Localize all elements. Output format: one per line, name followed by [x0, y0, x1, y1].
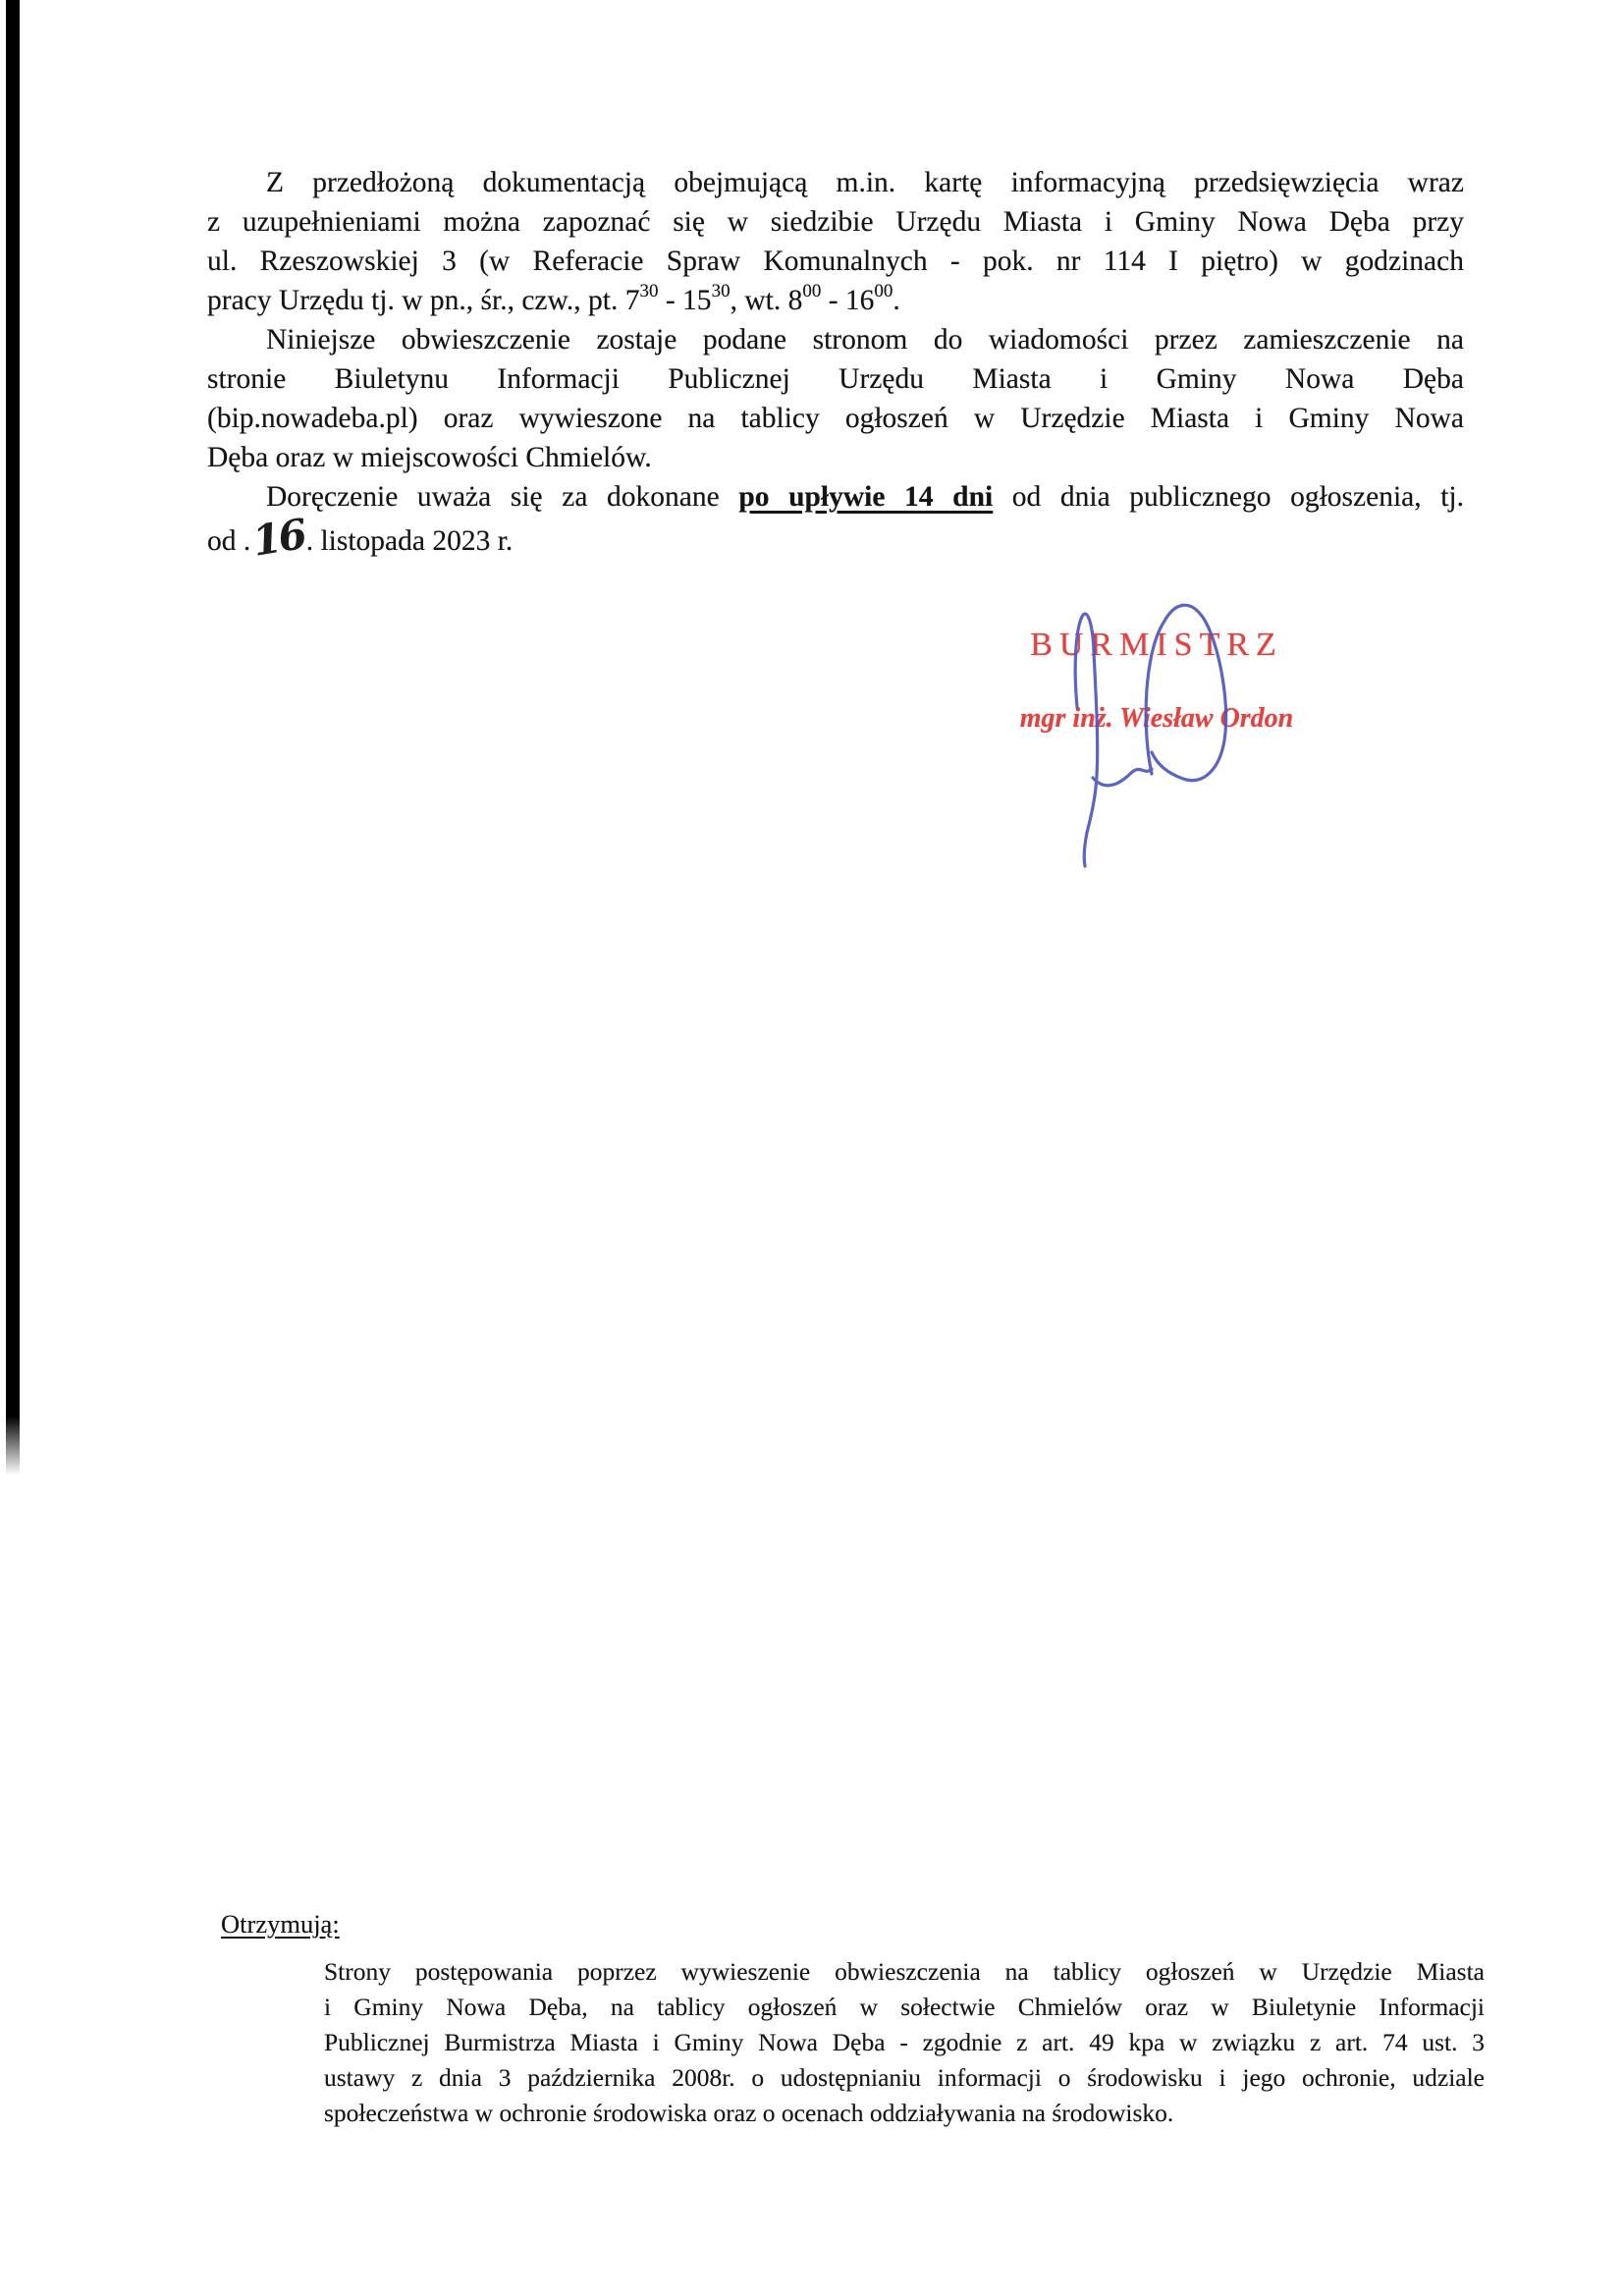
hours-superscript: 30 [639, 281, 658, 301]
scanned-document-page: Z przedłożoną dokumentacją obejmującą m.… [0, 0, 1623, 2296]
footer-line1: Strony postępowania poprzez wywieszenie … [324, 1954, 1485, 1990]
paragraph1-line2: z uzupełnieniami można zapoznać się w si… [207, 202, 1464, 242]
paragraph1-line4-office-hours: pracy Urzędu tj. w pn., śr., czw., pt. 7… [207, 281, 1464, 320]
paragraph1-line3: ul. Rzeszowskiej 3 (w Referacie Spraw Ko… [207, 242, 1464, 281]
delivery-deadline-emphasis: po upływie 14 dni [738, 481, 993, 513]
paragraph2-line1: Niniejsze obwieszczenie zostaje podane s… [207, 320, 1464, 359]
footer-line4: ustawy z dnia 3 października 2008r. o ud… [324, 2060, 1485, 2096]
footer-line3: Publicznej Burmistrza Miasta i Gminy Now… [324, 2025, 1485, 2060]
hours-text: - 16 [821, 285, 874, 316]
hours-superscript: 00 [802, 281, 821, 301]
distribution-list-text: Strony postępowania poprzez wywieszenie … [324, 1954, 1485, 2131]
hours-text: - 15 [658, 285, 711, 316]
date-text: . listopada 2023 r. [306, 525, 514, 557]
handwritten-date-digits: 16 [248, 515, 309, 562]
document-body-text: Z przedłożoną dokumentacją obejmującą m.… [207, 163, 1464, 561]
hours-superscript: 00 [874, 281, 893, 301]
hours-text: pracy Urzędu tj. w pn., śr., czw., pt. 7 [207, 285, 639, 316]
delivery-text: od dnia publicznego ogłoszenia, tj. [993, 481, 1464, 513]
paragraph3-line2-date: od .16. listopada 2023 r. [207, 517, 1464, 561]
hours-text: , wt. 8 [730, 285, 803, 316]
scanner-edge-artifact [6, 0, 20, 1475]
paragraph2-line2: stronie Biuletynu Informacji Publicznej … [207, 359, 1464, 399]
footer-line2: i Gminy Nowa Dęba, na tablicy ogłoszeń w… [324, 1990, 1485, 2025]
hours-text: . [893, 285, 899, 316]
paragraph1-line1: Z przedłożoną dokumentacją obejmującą m.… [207, 163, 1464, 202]
paragraph2-line3: (bip.nowadeba.pl) oraz wywieszone na tab… [207, 399, 1464, 438]
date-text: od . [207, 525, 250, 557]
delivery-text: Doręczenie uważa się za dokonane [266, 481, 738, 513]
paragraph2-line4: Dęba oraz w miejscowości Chmielów. [207, 438, 1464, 477]
distribution-list-heading: Otrzymują: [221, 1909, 340, 1940]
signature-scribble-icon [1036, 581, 1271, 876]
footer-line5: społeczeństwa w ochronie środowiska oraz… [324, 2096, 1485, 2131]
hours-superscript: 30 [712, 281, 730, 301]
paragraph3-line1-delivery: Doręczenie uważa się za dokonane po upły… [207, 477, 1464, 517]
